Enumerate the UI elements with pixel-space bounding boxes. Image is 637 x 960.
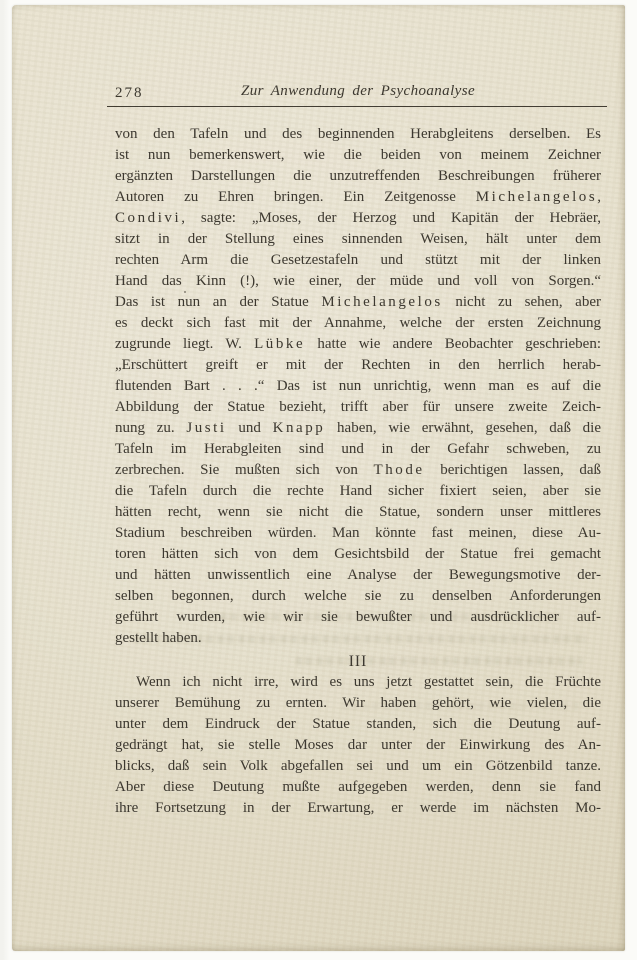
paragraph-continuation: von den Tafeln und des beginnenden Herab… [115, 124, 601, 649]
text-line: blicks, daß sein Volk abgefallen sei und… [115, 756, 601, 777]
letterspaced-name: Michelangelos [321, 294, 442, 310]
section-heading: III [115, 651, 601, 672]
text-line: sitzt in der Stellung eines sinnenden We… [115, 229, 601, 250]
text-line: unter dem Eindruck der Statue standen, s… [115, 714, 601, 735]
text-line: die Tafeln durch die rechte Hand sicher … [115, 481, 601, 502]
letterspaced-name: Justi [186, 420, 226, 436]
header-rule [107, 106, 607, 107]
text-line: Das ist nun an der Statue Michelangelos … [115, 292, 601, 313]
text-line: selben begonnen, durch welche sie zu den… [115, 586, 601, 607]
letterspaced-name: Condivi [115, 210, 181, 226]
text-line: Abbildung der Statue bezieht, trifft abe… [115, 397, 601, 418]
text-line: Autoren zu Ehren bringen. Ein Zeitgenoss… [115, 187, 601, 208]
text-line: zugrunde liegt. W. Lübke hatte wie ander… [115, 334, 601, 355]
text-line: Hand das Kinn (!), wie einer, der müde u… [115, 271, 601, 292]
page-body: von den Tafeln und des beginnenden Herab… [115, 124, 601, 819]
scanned-page-background: 278 Zur Anwendung der Psychoanalyse von … [0, 0, 637, 960]
page-header: 278 Zur Anwendung der Psychoanalyse [115, 83, 601, 104]
page-content: 278 Zur Anwendung der Psychoanalyse von … [115, 83, 601, 819]
text-line: Stadium beschreiben würden. Man könnte f… [115, 523, 601, 544]
text-line: von den Tafeln und des beginnenden Herab… [115, 124, 601, 145]
text-line: geführt wurden, wie wir sie bewußter und… [115, 607, 601, 628]
text-line: und hätten unwissentlich eine Analyse de… [115, 565, 601, 586]
letterspaced-name: Thode [374, 462, 425, 478]
text-line: es deckt sich fast mit der Annahme, welc… [115, 313, 601, 334]
letterspaced-name: Lübke [254, 336, 305, 352]
text-line: gestellt haben. [115, 628, 601, 649]
text-line: rechten Arm die Gesetzestafeln und stütz… [115, 250, 601, 271]
text-line: nung zu. Justi und Knapp haben, wie erwä… [115, 418, 601, 439]
text-line: Wenn ich nicht irre, wird es uns jetzt g… [115, 672, 601, 693]
text-line: Tafeln im Herabgleiten sind und in der G… [115, 439, 601, 460]
text-line: unserer Bemühung zu ernten. Wir haben ge… [115, 693, 601, 714]
text-line: ihre Fortsetzung in der Erwartung, er we… [115, 798, 601, 819]
text-line: ergänzten Darstellungen die unzutreffend… [115, 166, 601, 187]
text-line: toren hätten sich von dem Gesichtsbild d… [115, 544, 601, 565]
text-line: zerbrechen. Sie mußten sich von Thode be… [115, 460, 601, 481]
letterspaced-name: Knapp [273, 420, 326, 436]
letterspaced-name: Michelangelos [476, 189, 597, 205]
text-line: gedrängt hat, sie stelle Moses dar unter… [115, 735, 601, 756]
book-page: 278 Zur Anwendung der Psychoanalyse von … [12, 5, 625, 951]
text-line: flutenden Bart . . .“ Das ist nun unrich… [115, 376, 601, 397]
text-line: hätten recht, wenn sie nicht die Statue,… [115, 502, 601, 523]
text-line: Condivi, sagte: „Moses, der Herzog und K… [115, 208, 601, 229]
text-line: „Erschüttert greift er mit der Rechten i… [115, 355, 601, 376]
text-line: ist nun bemerkenswert, wie die beiden vo… [115, 145, 601, 166]
running-title: Zur Anwendung der Psychoanalyse [115, 83, 601, 100]
paragraph-section-3: Wenn ich nicht irre, wird es uns jetzt g… [115, 672, 601, 819]
text-line: Aber diese Deutung mußte aufgegeben werd… [115, 777, 601, 798]
page-number: 278 [115, 85, 144, 102]
